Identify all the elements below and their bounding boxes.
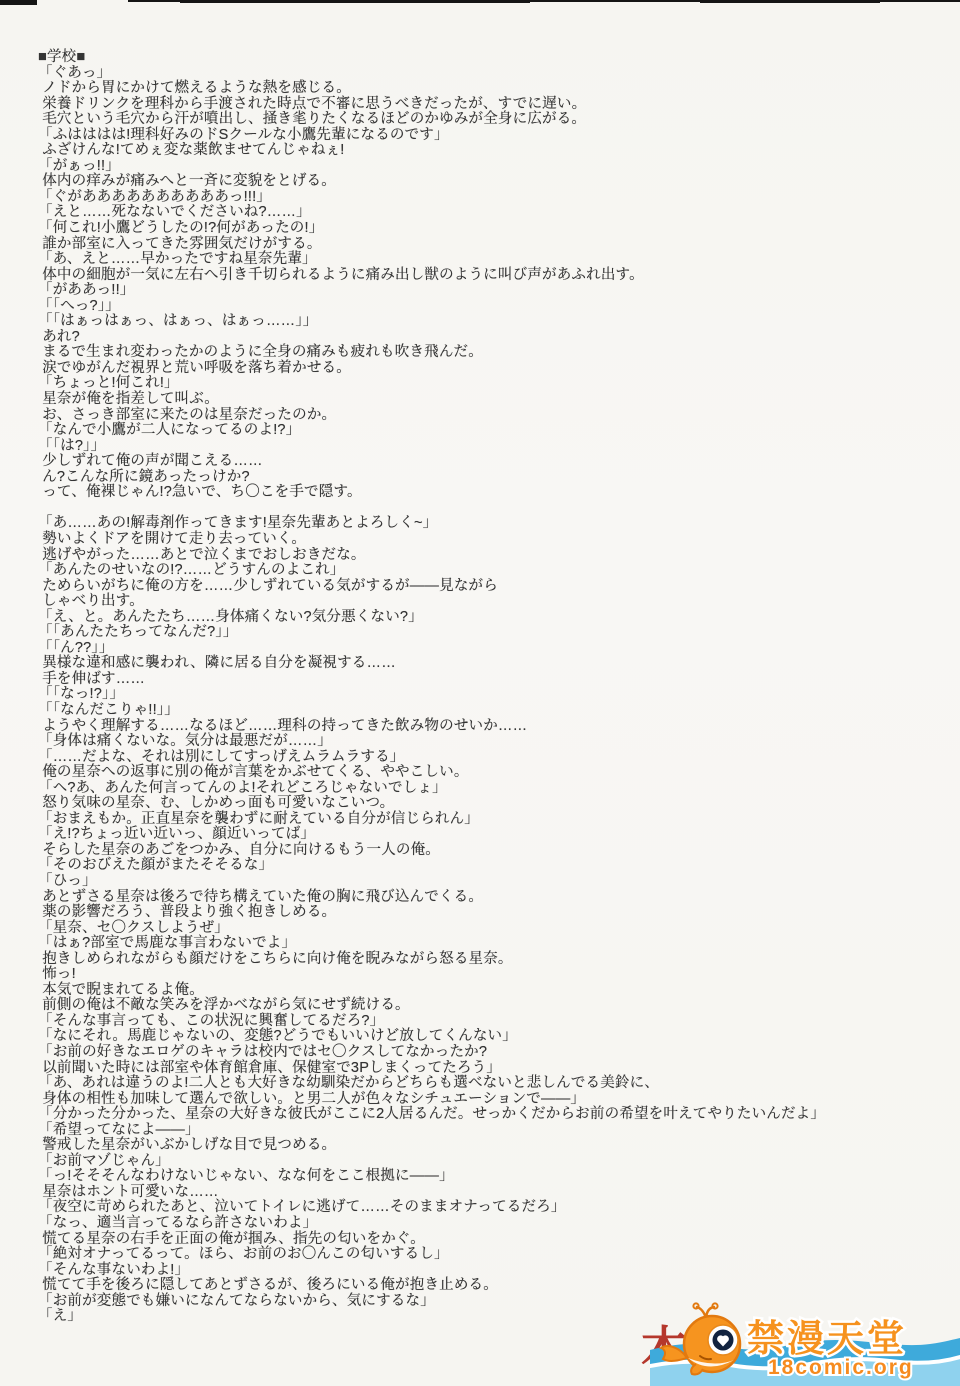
text-line: 体内の痒みが痛みへと一斉に変貌をとげる。 — [38, 174, 938, 190]
text-line: ノドから胃にかけて燃えるような熱を感じる。 — [38, 81, 938, 97]
text-line: 「「は?」」 — [38, 439, 938, 455]
text-line: ようやく理解する……なるほど……理科の持ってきた飲み物のせいか…… — [38, 719, 938, 735]
text-line: 「お前の好きなエロゲのキャラは校内ではセ〇クスしてなかったか? — [38, 1045, 938, 1061]
watermark-logo: 禁漫天堂 18comic.org — [650, 1296, 960, 1386]
text-line: 身体の相性も加味して選んで欲しい。と男二人が色々なシチュエーションで――」 — [38, 1092, 938, 1108]
text-line: 誰か部室に入ってきた雰囲気だけがする。 — [38, 237, 938, 253]
text-line: お、さっき部室に来たのは星奈だったのか。 — [38, 408, 938, 424]
text-line: 星奈が俺を指差して叫ぶ。 — [38, 392, 938, 408]
text-line: 「夜空に苛められたあと、泣いてトイレに逃げて……そのままオナってるだろ」 — [38, 1200, 938, 1216]
scan-artifact — [700, 0, 880, 3]
text-line: 異様な違和感に襲われ、隣に居る自分を凝視する…… — [38, 656, 938, 672]
text-line: 体中の細胞が一気に左右へ引き千切られるように痛み出し獣のように叫び声があふれ出す… — [38, 268, 938, 284]
text-line: 手を伸ばす…… — [38, 672, 938, 688]
text-line: 「ちょっと!何これ!」 — [38, 376, 938, 392]
text-line: 「希望ってなによ――」 — [38, 1123, 938, 1139]
text-line: 怖っ! — [38, 967, 938, 983]
text-line: ■学校■ — [38, 50, 938, 66]
text-line: 以前聞いた時には部室や体育館倉庫、保健室で3Pしまくってたろう」 — [38, 1061, 938, 1077]
story-text: ■学校■「ぐあっ」 ノドから胃にかけて燃えるような熱を感じる。 栄養ドリンクを理… — [38, 50, 938, 1325]
text-line: 慌てて手を後ろに隠してあとずさるが、後ろにいる俺が抱き止める。 — [38, 1278, 938, 1294]
text-line: 「えと……死なないでくださいね?……」 — [38, 205, 938, 221]
text-line: 「身体は痛くないな。気分は最悪だが……」 — [38, 734, 938, 750]
text-line: しゃべり出す。 — [38, 594, 938, 610]
text-line: 逃げやがった……あとで泣くまでおしおきだな。 — [38, 548, 938, 564]
watermark-site-name: 禁漫天堂 — [747, 1318, 907, 1359]
text-line: ふざけんな!てめぇ変な薬飲ませてんじゃねぇ! — [38, 143, 938, 159]
text-line: 薬の影響だろう、普段より強く抱きしめる。 — [38, 905, 938, 921]
text-line: 俺の星奈への返事に別の俺が言葉をかぶせてくる、ややこしい。 — [38, 765, 938, 781]
text-line: 「「あんたたちってなんだ?」」 — [38, 625, 938, 641]
text-line: 「「はぁっはぁっ、はぁっ、はぁっ……」」 — [38, 314, 938, 330]
watermark-site-url: 18comic.org — [768, 1356, 914, 1379]
text-line: 「……だよな、それは別にしてすっげえムラムラする」 — [38, 750, 938, 766]
text-line: 「「へっ?」」 — [38, 299, 938, 315]
text-line: 怒り気味の星奈、む、しかめっ面も可愛いなこいつ。 — [38, 796, 938, 812]
text-line: ん?こんな所に鏡あったっけか? — [38, 470, 938, 486]
text-line: 「ふはははは!理科好みのドSクールな小鷹先輩になるのです」 — [38, 128, 938, 144]
text-line: 慌てる星奈の右手を正面の俺が掴み、指先の匂いをかぐ。 — [38, 1232, 938, 1248]
text-line: 「はぁ?部室で馬鹿な事言わないでよ」 — [38, 936, 938, 952]
text-line: 「え!?ちょっ近い近いっ、顔近いってば」 — [38, 827, 938, 843]
text-line: まるで生まれ変わったかのように全身の痛みも疲れも吹き飛んだ。 — [38, 345, 938, 361]
text-line: 「そのおびえた顔がまたそそるな」 — [38, 858, 938, 874]
text-line: 「あ、えと……早かったですね星奈先輩」 — [38, 252, 938, 268]
text-line: 「ひっ」 — [38, 874, 938, 890]
scan-artifact — [0, 0, 37, 5]
text-line: 抱きしめられながらも顔だけをこちらに向け俺を睨みながら怒る星奈。 — [38, 952, 938, 968]
text-line: 「あ、あれは違うのよ!二人とも大好きな幼馴染だからどちらも選べないと悲しんでる美… — [38, 1076, 938, 1092]
text-line: 少しずれて俺の声が聞こえる…… — [38, 454, 938, 470]
text-line: って、俺裸じゃん!?急いで、ち〇こを手で隠す。 — [38, 485, 938, 501]
text-line: 「っ!そそそんなわけないじゃない、なな何をここ根拠に――」 — [38, 1169, 938, 1185]
text-line: 「「なんだこりゃ!!」」 — [38, 703, 938, 719]
text-line: 「絶対オナってるって。ほら、お前のお〇んこの匂いするし」 — [38, 1247, 938, 1263]
text-line: 「「なっ!?」」 — [38, 687, 938, 703]
text-line: 「ぐあっ」 — [38, 66, 938, 82]
scan-artifact — [180, 0, 530, 3]
scanned-page: ■学校■「ぐあっ」 ノドから胃にかけて燃えるような熱を感じる。 栄養ドリンクを理… — [0, 0, 960, 1386]
text-line: 「何これ!小鷹どうしたの!?何があったの!」 — [38, 221, 938, 237]
text-line: 毛穴という毛穴から汗が噴出し、掻き毟りたくなるほどのかゆみが全身に広がる。 — [38, 112, 938, 128]
text-line: 「そんな事ないわよ!」 — [38, 1263, 938, 1279]
text-line: 前側の俺は不敵な笑みを浮かべながら気にせず続ける。 — [38, 998, 938, 1014]
text-line: 「分かった分かった、星奈の大好きな彼氏がここに2人居るんだ。せっかくだからお前の… — [38, 1107, 938, 1123]
text-line: 「ヘ?あ、あんた何言ってんのよ!それどころじゃないでしょ」 — [38, 781, 938, 797]
text-line: 「なっ、適当言ってるなら許さないわよ」 — [38, 1216, 938, 1232]
text-line: 「あ……あの!解毒剤作ってきます!星奈先輩あとよろしく~」 — [38, 516, 938, 532]
text-line: 「がああっ!!」 — [38, 283, 938, 299]
text-line: ためらいがちに俺の方を……少しずれている気がするが――見ながら — [38, 579, 938, 595]
text-line: 「え、と。あんたたち……身体痛くない?気分悪くない?」 — [38, 610, 938, 626]
text-line: 「なにそれ。馬鹿じゃないの、変態?どうでもいいけど放してくんない」 — [38, 1029, 938, 1045]
text-line: 勢いよくドアを開けて走り去っていく。 — [38, 532, 938, 548]
text-line: 「おまえもか。正直星奈を襲わずに耐えている自分が信じられん」 — [38, 812, 938, 828]
text-line: 「「ん??」」 — [38, 641, 938, 657]
text-line: あとずさる星奈は後ろで待ち構えていた俺の胸に飛び込んでくる。 — [38, 890, 938, 906]
text-line: 警戒した星奈がいぶかしげな目で見つめる。 — [38, 1138, 938, 1154]
text-line: 「星奈、セ〇クスしようぜ」 — [38, 921, 938, 937]
text-line: 「あんたのせいなの!?……どうすんのよこれ」 — [38, 563, 938, 579]
text-line: 「なんで小鷹が二人になってるのよ!?」 — [38, 423, 938, 439]
text-line: 栄養ドリンクを理科から手渡された時点で不審に思うべきだったが、すでに遅い。 — [38, 97, 938, 113]
